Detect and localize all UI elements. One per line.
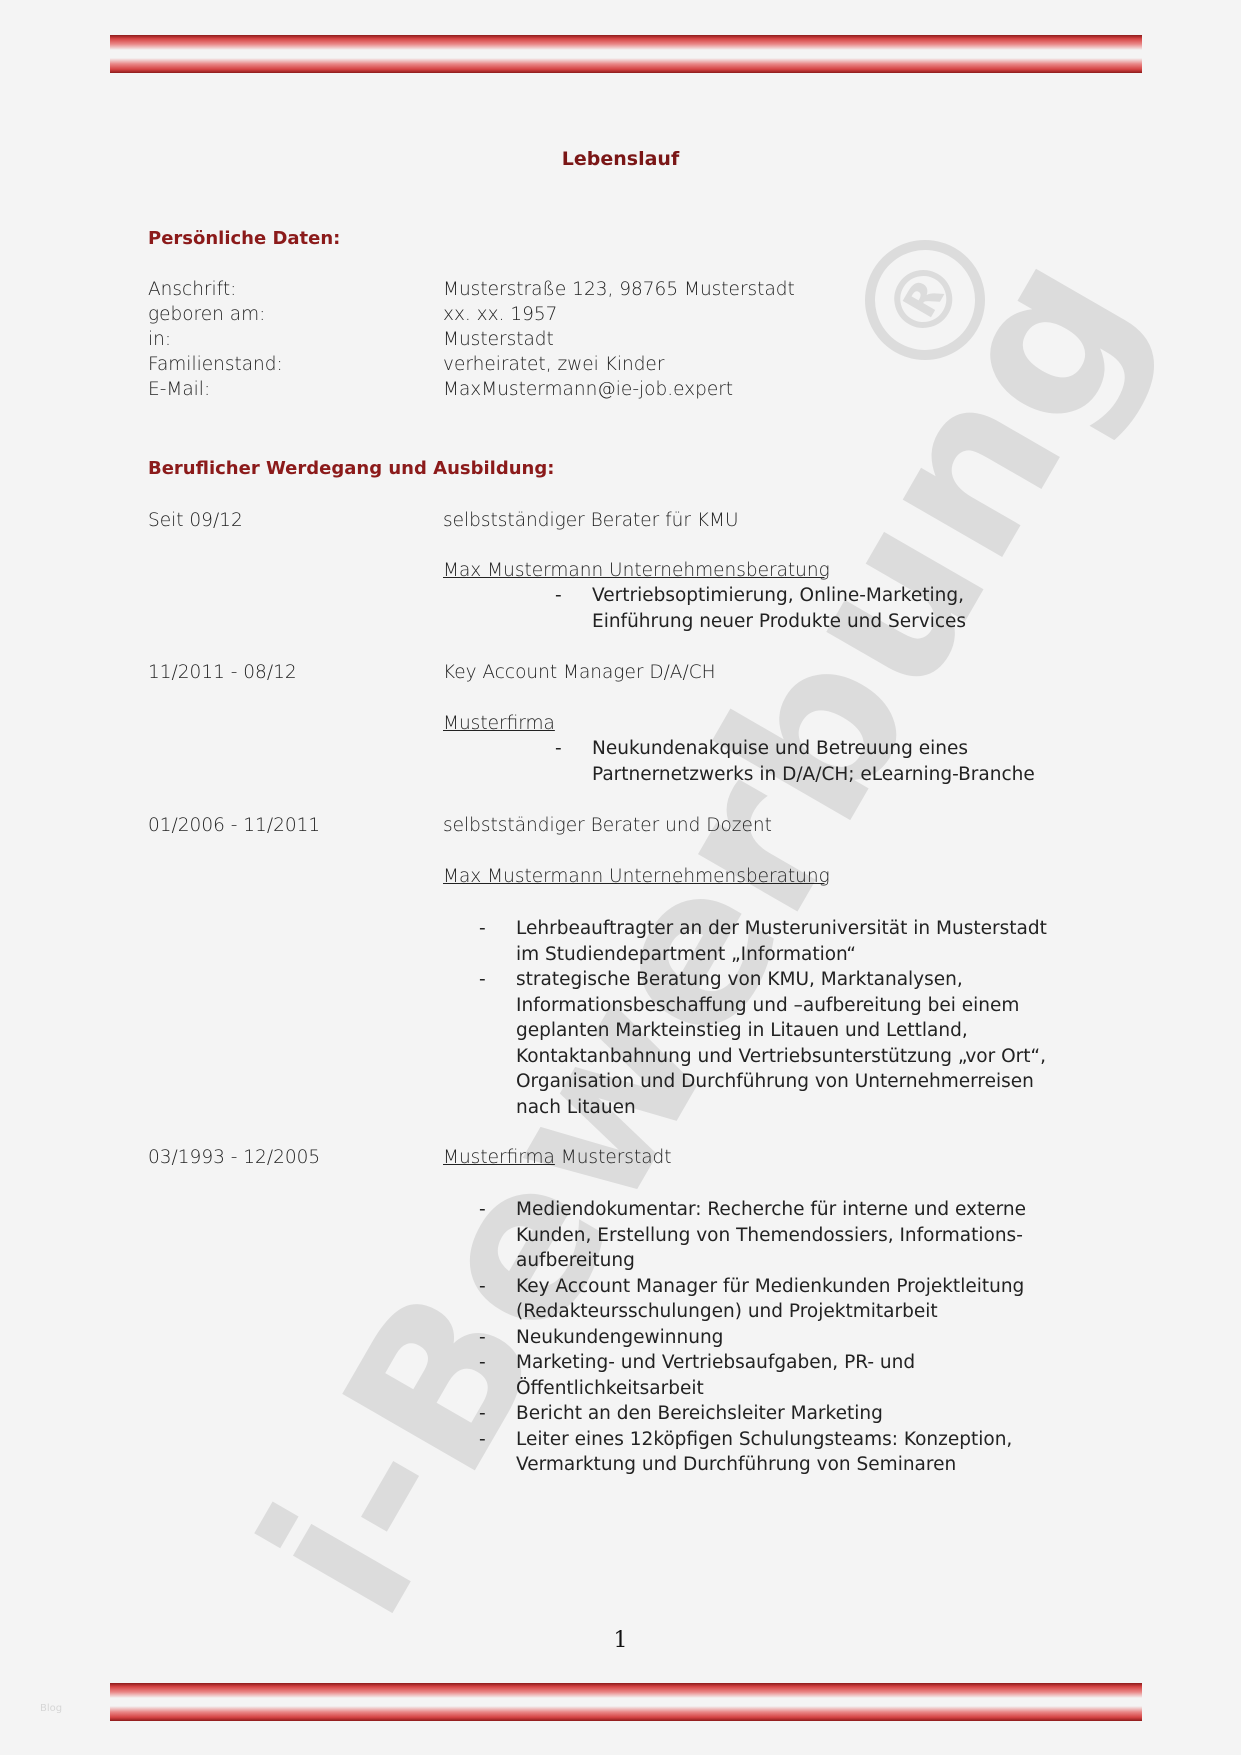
bullet-item: -strategische Beratung von KMU, Marktana… [479,967,1047,1120]
bullet-item: -Bericht an den Bereichsleiter Marketing [479,1401,1026,1427]
career-position: selbstständiger Berater und Dozent [443,813,772,838]
career-period: 11/2011 - 08/12 [148,660,297,685]
registered-mark-icon: ® [843,218,1007,382]
personal-data-heading: Persönliche Daten: [148,228,340,249]
bullet-item: -Marketing- und Vertriebsaufgaben, PR- u… [479,1350,1026,1401]
field-label: Anschrift: [148,277,236,302]
field-label: geboren am: [148,302,265,327]
field-value: MaxMustermann@ie-job.expert [443,377,733,402]
career-company-line: Musterfirma Musterstadt [443,1145,672,1170]
career-company: Musterfirma [443,711,555,736]
bullet-item: -Key Account Manager für Medienkunden Pr… [479,1274,1026,1325]
bullet-item: -Lehrbeauftragter an der Musteruniversit… [479,916,1047,967]
career-company-location: Musterstadt [555,1147,672,1168]
bar-stripe-upper [110,35,1142,50]
field-value: Musterstraße 123, 98765 Musterstadt [443,277,795,302]
career-bullets: -Vertriebsoptimierung, Online-Marketing,… [555,583,966,634]
bullet-item: -Neukundenakquise und Betreuung eines Pa… [555,736,1035,787]
career-period: Seit 09/12 [148,508,243,533]
page-number: 1 [0,1628,1241,1653]
career-position: selbstständiger Berater für KMU [443,508,739,533]
bar-stripe-lower [110,1706,1142,1721]
career-bullets: -Mediendokumentar: Recherche für interne… [479,1197,1026,1478]
footer-decorative-bar [110,1683,1142,1721]
bullet-item: -Leiter eines 12köpfigen Schulungsteams:… [479,1427,1026,1478]
bullet-item: -Vertriebsoptimierung, Online-Marketing,… [555,583,966,634]
career-heading: Beruflicher Werdegang und Ausbildung: [148,458,554,479]
career-bullets: -Neukundenakquise und Betreuung eines Pa… [555,736,1035,787]
field-value: xx. xx. 1957 [443,302,557,327]
career-company: Max Mustermann Unternehmensberatung [443,864,830,889]
bar-stripe-upper [110,1683,1142,1698]
bullet-item: - Neukundengewinnung [479,1325,1026,1351]
career-period: 03/1993 - 12/2005 [148,1145,320,1170]
career-company: Musterfirma [443,1147,555,1168]
field-value: verheiratet, zwei Kinder [443,352,664,377]
career-period: 01/2006 - 11/2011 [148,813,320,838]
header-decorative-bar [110,35,1142,73]
career-company: Max Mustermann Unternehmensberatung [443,558,830,583]
document-title: Lebenslauf [0,148,1241,170]
field-label: E-Mail: [148,377,210,402]
field-label: in: [148,327,171,352]
field-label: Familienstand: [148,352,283,377]
career-bullets: -Lehrbeauftragter an der Musteruniversit… [479,916,1047,1120]
bar-stripe-lower [110,58,1142,73]
corner-watermark-text: Blog [40,1703,62,1714]
field-value: Musterstadt [443,327,554,352]
bullet-item: -Mediendokumentar: Recherche für interne… [479,1197,1026,1274]
career-position: Key Account Manager D/A/CH [443,660,716,685]
